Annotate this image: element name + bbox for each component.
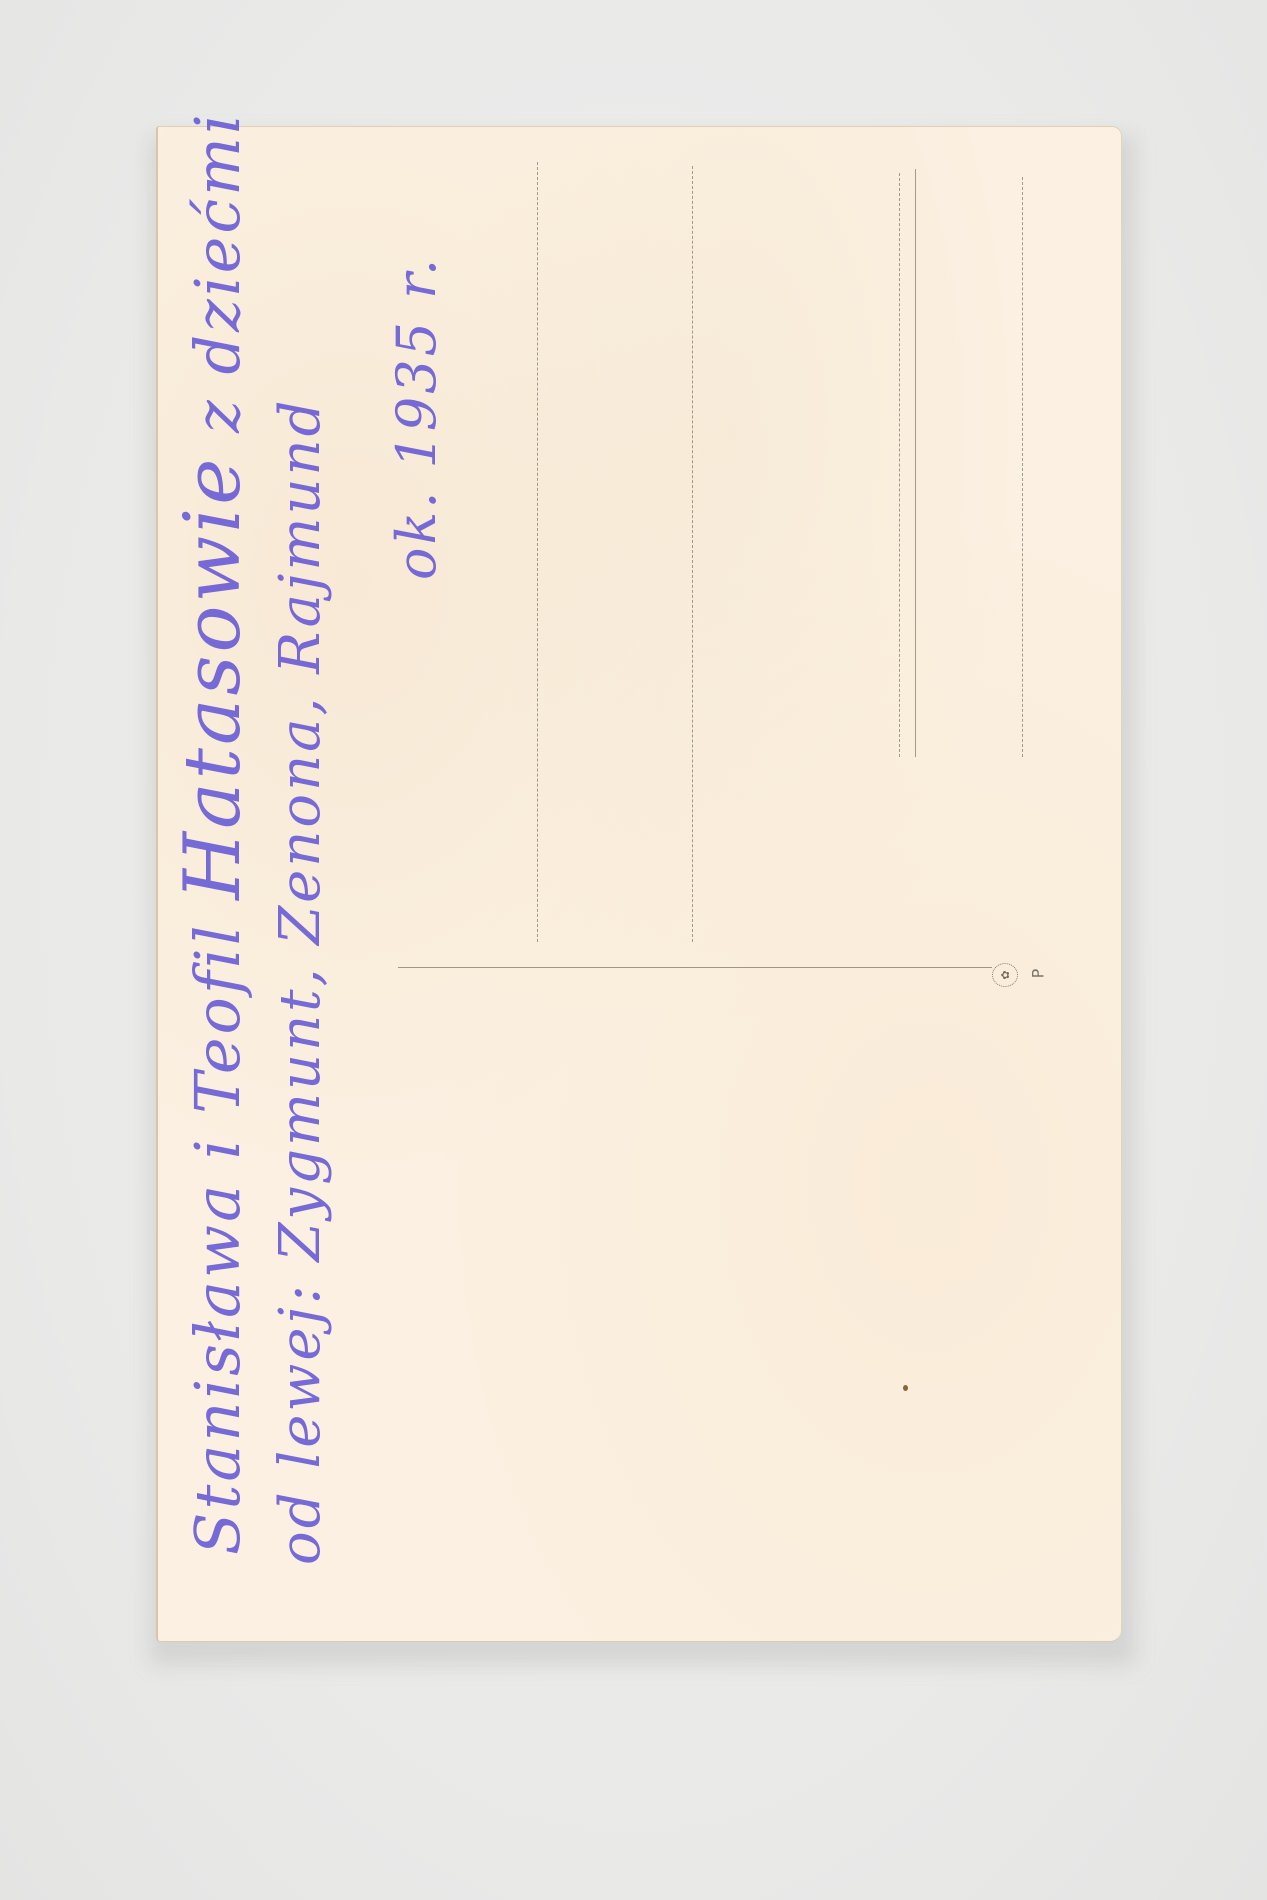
handwritten-caption-line-2: od lewej: Zygmunt, Zenona, Rajmund bbox=[268, 525, 333, 1565]
address-line-3 bbox=[899, 173, 900, 757]
publisher-logo-icon: ✿ bbox=[992, 963, 1018, 987]
caption-part-1: Stanisława i Teofil bbox=[181, 900, 254, 1555]
stain-spot bbox=[903, 1385, 908, 1391]
divider-line bbox=[398, 967, 992, 968]
caption-family-name: Hatasowie bbox=[168, 456, 258, 900]
address-line-5 bbox=[1022, 177, 1023, 757]
handwritten-date: ok. 1935 r. bbox=[385, 270, 448, 580]
printer-mark: P bbox=[1028, 969, 1047, 979]
handwritten-caption-line-1: Stanisława i Teofil Hatasowie z dziećmi bbox=[168, 265, 258, 1555]
caption-part-2: z dziećmi bbox=[181, 111, 254, 455]
address-line-1 bbox=[537, 162, 538, 942]
address-line-4 bbox=[915, 169, 916, 757]
address-line-2 bbox=[692, 166, 693, 942]
